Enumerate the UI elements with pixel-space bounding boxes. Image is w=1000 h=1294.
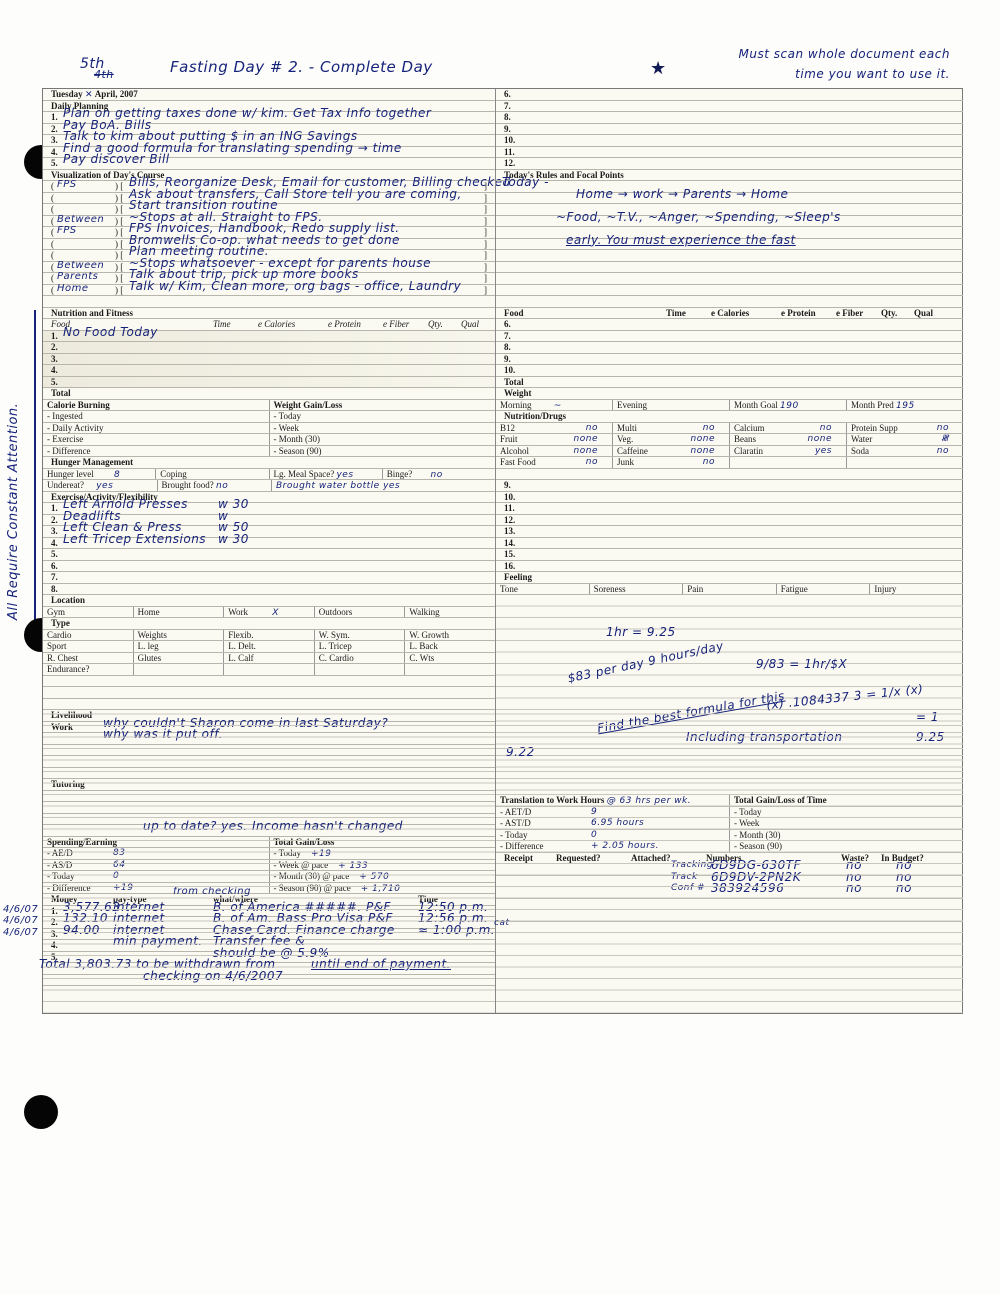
type-cell[interactable]: W. Growth	[405, 630, 495, 641]
drug-cell: Junkno	[613, 457, 730, 468]
drug-cell: Protein Suppno	[847, 423, 963, 434]
daily-planning-list-cont: 6.7.8.9.10.11.12.	[496, 89, 963, 170]
food-row: 4.	[43, 365, 495, 377]
drug-cell: Veg.none	[613, 434, 730, 445]
daily-planning-list: 1.Plan on getting taxes done w/ kim. Get…	[43, 112, 495, 170]
exercise-row: 5.	[43, 549, 495, 561]
drug-cell	[730, 457, 847, 468]
food-row: 6.	[496, 319, 963, 331]
hour-equation: 1hr = 9.25	[606, 625, 676, 639]
hunger-heading: Hunger Management	[43, 457, 495, 469]
drug-cell: B12no	[496, 423, 613, 434]
feeling-cell[interactable]: Injury	[870, 584, 963, 595]
drug-row: FruitnoneVeg.noneBeansnoneWater𝍸	[496, 434, 963, 446]
calorie-weight-row: - Ingested- Today	[43, 411, 495, 423]
drugs-grid: B12noMultinoCalciumnoProtein SuppnoFruit…	[496, 423, 963, 469]
drug-cell: Multino	[613, 423, 730, 434]
food-list-right: 6.7.8.9.10.	[496, 319, 963, 377]
calorie-rows: - Ingested- Today- Daily Activity- Week-…	[43, 411, 495, 457]
planning-item: 9.	[496, 124, 963, 136]
type-cell[interactable]: C. Cardio	[315, 653, 406, 664]
planning-item: 6.	[496, 89, 963, 101]
feeling-cell[interactable]: Fatigue	[777, 584, 871, 595]
location-cell[interactable]: Home	[134, 607, 225, 618]
drug-cell: Fruitnone	[496, 434, 613, 445]
feeling-cell[interactable]: Pain	[683, 584, 777, 595]
calorie-weight-row: - Exercise- Month (30)	[43, 434, 495, 446]
blank-lines-right	[496, 703, 963, 1013]
feeling-heading: Feeling	[496, 572, 963, 584]
exercise-row: 7.	[43, 572, 495, 584]
food-row: 8.	[496, 342, 963, 354]
weight-gain-heading: Weight Gain/Loss	[270, 400, 496, 411]
calorie-weight-heading: Calorie Burning Weight Gain/Loss	[43, 400, 495, 412]
hunger-row-1: Hunger level 8 Coping Lg. Meal Space? ye…	[43, 469, 495, 481]
feeling-cell[interactable]: Tone	[496, 584, 590, 595]
visualization-list: (FPS) [Bills, Reorganize Desk, Email for…	[43, 181, 495, 296]
feeling-row: ToneSorenessPainFatigueInjury	[496, 584, 963, 596]
food-row: 9.	[496, 354, 963, 366]
feeling-cell[interactable]: Soreness	[590, 584, 684, 595]
type-cell[interactable]: L. Back	[405, 641, 495, 652]
calorie-weight-row: - Daily Activity- Week	[43, 423, 495, 435]
type-cell[interactable]	[405, 664, 495, 675]
type-cell[interactable]: L. Calf	[224, 653, 315, 664]
type-cell[interactable]: Flexib.	[224, 630, 315, 641]
exercise-row: 8.	[43, 584, 495, 596]
exercise-row: 9.	[496, 480, 963, 492]
blank-lines-left	[43, 703, 495, 1013]
type-cell[interactable]	[315, 664, 406, 675]
food-row: 10.	[496, 365, 963, 377]
type-grid: CardioWeightsFlexib.W. Sym.W. GrowthSpor…	[43, 630, 495, 676]
weight-heading: Weight	[496, 388, 963, 400]
type-cell[interactable]: Weights	[134, 630, 225, 641]
exercise-row: 4.Left Tricep Extensionsw 30	[43, 538, 495, 550]
exercise-row: 13.	[496, 526, 963, 538]
food-total-left: Total	[43, 388, 495, 400]
drug-cell: Water𝍸	[847, 434, 963, 445]
right-column: 6.7.8.9.10.11.12. Today's Rules and Foca…	[495, 89, 963, 1013]
location-heading: Location	[43, 595, 495, 607]
type-cell[interactable]: Endurance?	[43, 664, 134, 675]
type-cell[interactable]	[224, 664, 315, 675]
drug-row: AlcoholnoneCaffeinenoneClaratinyesSodano	[496, 446, 963, 458]
food-list-left: 1.No Food Today2.3.4.5.	[43, 331, 495, 389]
type-cell[interactable]: R. Chest	[43, 653, 134, 664]
location-cell[interactable]: Walking	[405, 607, 495, 618]
margin-note: All Require Constant Attention.	[6, 403, 21, 620]
type-row: R. ChestGlutesL. CalfC. CardioC. Wts	[43, 653, 495, 665]
exercise-row: 11.	[496, 503, 963, 515]
exercise-row: 6.	[43, 561, 495, 573]
exercise-list-right: 9.10.11.12.13.14.15.16.	[496, 480, 963, 572]
type-heading: Type	[43, 618, 495, 630]
punch-hole	[24, 1095, 58, 1129]
type-cell[interactable]: Sport	[43, 641, 134, 652]
drug-row: Fast FoodnoJunkno	[496, 457, 963, 469]
margin-bracket-line	[34, 310, 36, 630]
weight-row: Morning ~ Evening Month Goal 190 Month P…	[496, 400, 963, 412]
planning-item: 12.	[496, 158, 963, 170]
location-cell[interactable]: Gym	[43, 607, 134, 618]
drug-cell: Claratinyes	[730, 446, 847, 457]
drug-cell: Caffeinenone	[613, 446, 730, 457]
food-total-right: Total	[496, 377, 963, 389]
exercise-row: 10.	[496, 492, 963, 504]
planner-sheet: Tuesday ✕ April, 2007 Daily Planning 1.P…	[42, 88, 963, 1014]
exercise-list-left: 1.Left Arnold Pressesw 302.Deadliftsw3.L…	[43, 503, 495, 595]
type-cell[interactable]: Glutes	[134, 653, 225, 664]
exercise-row: 15.	[496, 549, 963, 561]
drug-cell: Fast Foodno	[496, 457, 613, 468]
food-row: 3.	[43, 354, 495, 366]
hunger-row-2: Undereat? yes Brought food? no Brought w…	[43, 480, 495, 492]
food-row: 7.	[496, 331, 963, 343]
drug-cell: Alcoholnone	[496, 446, 613, 457]
type-cell[interactable]: L. Delt.	[224, 641, 315, 652]
drug-cell: Sodano	[847, 446, 963, 457]
type-row: CardioWeightsFlexib.W. Sym.W. Growth	[43, 630, 495, 642]
food-row: 5.	[43, 377, 495, 389]
planning-item: 7.	[496, 101, 963, 113]
type-row: Endurance?	[43, 664, 495, 676]
food-columns-right: Food Time e Calories e Protein e Fiber Q…	[496, 308, 963, 320]
planning-item: 11.	[496, 147, 963, 159]
type-cell[interactable]: Cardio	[43, 630, 134, 641]
location-cell[interactable]: Outdoors	[315, 607, 406, 618]
drug-cell	[847, 457, 963, 468]
exercise-row: 16.	[496, 561, 963, 573]
date-row: Tuesday ✕ April, 2007	[43, 89, 495, 101]
type-cell[interactable]: L. leg	[134, 641, 225, 652]
rules-heading: Today's Rules and Focal Points	[496, 170, 963, 182]
planning-item: 5.Pay discover Bill	[43, 158, 495, 170]
left-column: Tuesday ✕ April, 2007 Daily Planning 1.P…	[43, 89, 495, 1013]
drug-row: B12noMultinoCalciumnoProtein Suppno	[496, 423, 963, 435]
drugs-heading: Nutrition/Drugs	[496, 411, 963, 423]
star-note: Must scan whole document each time you w…	[650, 44, 950, 84]
exercise-row: 14.	[496, 538, 963, 550]
type-row: SportL. legL. Delt.L. TricepL. Back	[43, 641, 495, 653]
planning-item: 10.	[496, 135, 963, 147]
location-row: GymHomeWork XOutdoorsWalking	[43, 607, 495, 619]
type-cell[interactable]	[134, 664, 225, 675]
drug-cell: Calciumno	[730, 423, 847, 434]
planning-item: 8.	[496, 112, 963, 124]
type-cell[interactable]: W. Sym.	[315, 630, 406, 641]
food-row: 1.No Food Today	[43, 331, 495, 343]
food-row: 2.	[43, 342, 495, 354]
type-cell[interactable]: L. Tricep	[315, 641, 406, 652]
page-title: Fasting Day # 2. - Complete Day	[170, 58, 433, 76]
fraction-note: 9/83 = 1hr/$X	[756, 657, 847, 671]
drug-cell: Beansnone	[730, 434, 847, 445]
nutrition-heading: Nutrition and Fitness	[43, 308, 495, 320]
calorie-burning-heading: Calorie Burning	[43, 400, 270, 411]
calorie-weight-row: - Difference- Season (90)	[43, 446, 495, 458]
day-number-note: 5th 4th	[80, 56, 114, 81]
exercise-row: 12.	[496, 515, 963, 527]
type-cell[interactable]: C. Wts	[405, 653, 495, 664]
location-cell[interactable]: Work X	[224, 607, 315, 618]
visualization-row: (Home) [Talk w/ Kim, Clean more, org bag…	[43, 285, 495, 297]
